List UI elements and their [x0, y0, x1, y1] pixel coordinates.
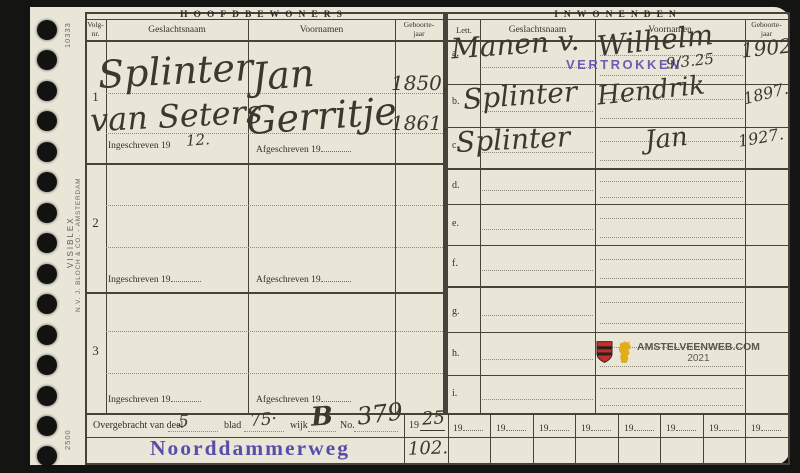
transfer-label-wijk: wijk [290, 420, 308, 431]
right-row-line [448, 332, 788, 333]
row-number: 2 [85, 216, 106, 230]
year-cell: 19 [709, 420, 739, 434]
hw-wijk: B [310, 403, 334, 430]
ingeschreven-label: Ingeschreven 19 [108, 391, 201, 405]
writing-line [482, 359, 593, 360]
form-number-bottom: 2500 [63, 429, 72, 450]
dotted-fill [549, 420, 569, 431]
ingeschreven-text: Ingeschreven 19 [108, 275, 171, 285]
printer-brand-sub: N.V. J. BLOCH & CO. - AMSTERDAM [75, 178, 82, 312]
hw-surname-b: Splinter [462, 78, 578, 114]
year-cell: 19 [496, 420, 526, 434]
writing-line [600, 160, 743, 161]
punch-hole [37, 203, 57, 223]
writing-line [482, 270, 593, 271]
left-block-divider [85, 292, 445, 294]
right-row-line [448, 375, 788, 376]
punch-hole [37, 20, 57, 40]
table-border-right [788, 12, 790, 465]
lion-icon [615, 339, 635, 365]
year-cell-prefix: 19 [709, 424, 719, 434]
year-cell: 19 [751, 420, 781, 434]
dotted-fill [719, 420, 739, 431]
right-table-title: INWONENDEN [448, 11, 788, 19]
hw-transfer-year: 25 [421, 409, 445, 429]
year-cell-prefix: 19 [666, 424, 676, 434]
row-letter: h. [452, 348, 460, 359]
year-cell-prefix: 19 [751, 424, 761, 434]
row-letter: i. [452, 388, 457, 399]
col-line [480, 19, 481, 413]
punch-hole [37, 233, 57, 253]
pen-stroke [420, 430, 445, 431]
right-row-line-thick [448, 286, 788, 288]
bottom-cell-line [703, 413, 704, 463]
writing-line [600, 181, 743, 182]
writing-line [106, 205, 443, 206]
table-border-left [85, 12, 87, 465]
writing-line [600, 405, 743, 406]
ingeschreven-text: Ingeschreven 19 [108, 395, 171, 405]
dotted-fill [506, 420, 526, 431]
bottom-cell-line [660, 413, 661, 463]
transfer-label-blad: blad [224, 420, 241, 431]
year-cell: 19 [453, 420, 483, 434]
ingeschreven-label: Ingeschreven 19 [108, 141, 171, 151]
transfer-label-deel: Overgebracht van deel [93, 420, 183, 431]
year-cell-prefix: 19 [624, 424, 634, 434]
punch-hole [37, 264, 57, 284]
punch-hole [37, 355, 57, 375]
row-letter: e. [452, 218, 459, 229]
writing-line [600, 118, 743, 119]
left-table-title: HOOFDBEWONERS [85, 11, 443, 19]
watermark: AMSTELVEENWEB.COM 2021 [596, 339, 760, 365]
dotted-fill [463, 420, 483, 431]
year-cell-prefix: 19 [496, 424, 506, 434]
bottom-cell-line [404, 413, 405, 463]
dotted-fill [321, 141, 351, 152]
writing-line [482, 399, 593, 400]
shield-icon [596, 340, 613, 364]
ingeschreven-text: Ingeschreven 19 [108, 141, 171, 151]
writing-line [600, 197, 743, 198]
writing-line [600, 218, 743, 219]
punch-hole [37, 142, 57, 162]
dotted-fill [761, 420, 781, 431]
register-card-scan: 10333 2500 VISIBLEX N.V. J. BLOCH & CO. … [0, 0, 800, 473]
writing-line [482, 229, 593, 230]
col-header-geboortejaar-left: Geboorte- jaar [395, 21, 443, 39]
hw-firstname-1: Jan [251, 54, 316, 96]
year-cell: 19 [666, 420, 696, 434]
punch-hole [37, 416, 57, 436]
year-cell: 19 [624, 420, 654, 434]
dotted-fill [591, 420, 611, 431]
writing-line [600, 259, 743, 260]
fill-line [354, 431, 398, 432]
hw-firstname-c: Jan [644, 124, 689, 154]
dotted-fill [321, 391, 351, 402]
col-header-geboortejaar-line2: jaar [413, 30, 424, 39]
address-stamp: Noorddammerweg [150, 437, 350, 461]
row-number: 3 [85, 344, 106, 358]
year-cell-prefix: 19 [539, 424, 549, 434]
writing-line [482, 190, 593, 191]
punch-hole [37, 111, 57, 131]
afgeschreven-label: Afgeschreven 19 [256, 391, 351, 405]
transfer-label-no: No. [340, 420, 355, 431]
bottom-cell-line [575, 413, 576, 463]
hw-blad: 75· [249, 411, 277, 430]
right-row-line-thick [448, 168, 788, 170]
transfer-year-printed: 19 [409, 420, 419, 431]
hw-deel: 5 [178, 414, 189, 431]
writing-line [106, 373, 443, 374]
year-cell: 19 [581, 420, 611, 434]
afgeschreven-label: Afgeschreven 19 [256, 141, 351, 155]
right-row-line [448, 204, 788, 205]
year-cell-prefix: 19 [581, 424, 591, 434]
writing-line [600, 302, 743, 303]
table-border-bottom [85, 463, 790, 465]
bottom-cell-line [618, 413, 619, 463]
punch-hole [37, 172, 57, 192]
col-header-volgnr-line2: nr. [92, 30, 100, 39]
dotted-fill [171, 391, 201, 402]
year-cell-prefix: 19 [453, 424, 463, 434]
punch-hole [37, 325, 57, 345]
punch-hole [37, 294, 57, 314]
col-header-geslachtsnaam-left: Geslachtsnaam [106, 21, 248, 39]
watermark-site: AMSTELVEENWEB.COM [637, 341, 760, 353]
hw-year-a: 1902 [740, 35, 793, 60]
bottom-cell-line [490, 413, 491, 463]
bottom-cell-line [533, 413, 534, 463]
fill-line [168, 431, 218, 432]
punch-hole [37, 50, 57, 70]
row-letter: b. [452, 96, 460, 107]
col-line [745, 19, 746, 463]
punch-hole [37, 81, 57, 101]
writing-line [106, 331, 443, 332]
punch-hole [37, 386, 57, 406]
row-letter: g. [452, 306, 460, 317]
punch-hole [37, 446, 57, 466]
hw-surname-1: Splinter [97, 48, 254, 94]
dotted-fill [171, 271, 201, 282]
afgeschreven-text: Afgeschreven 19 [256, 275, 321, 285]
hw-year-1: 1850. [391, 73, 448, 93]
ingeschreven-label: Ingeschreven 19 [108, 271, 201, 285]
printer-brand: VISIBLEX [66, 216, 75, 268]
row-letter: d. [452, 180, 460, 191]
hw-ingeschreven-year: 12. [186, 132, 211, 149]
hw-surname-c: Splinter [455, 123, 571, 157]
year-cell: 19 [539, 420, 569, 434]
writing-line [600, 323, 743, 324]
dotted-fill [676, 420, 696, 431]
vertrokken-stamp: VERTROKKEN [566, 57, 682, 72]
hw-firstname-2: Gerritje [245, 92, 398, 140]
writing-line [106, 247, 443, 248]
hw-house-number: 102. [408, 439, 449, 458]
writing-line [600, 366, 743, 367]
form-number-top: 10333 [63, 22, 72, 48]
writing-line [600, 278, 743, 279]
row-letter: f. [452, 258, 458, 269]
afgeschreven-label: Afgeschreven 19 [256, 271, 351, 285]
col-header-volgnr: Volg- nr. [85, 21, 106, 39]
watermark-year: 2021 [687, 353, 709, 364]
hw-no: 379 [356, 399, 404, 428]
writing-line [482, 315, 593, 316]
right-row-line [448, 245, 788, 246]
afgeschreven-text: Afgeschreven 19 [256, 145, 321, 155]
left-block-divider [85, 163, 445, 165]
hw-year-2: 1861. [391, 113, 448, 133]
dotted-fill [321, 271, 351, 282]
writing-line [600, 388, 743, 389]
col-header-voornamen-left: Voornamen [248, 21, 395, 39]
dotted-fill [634, 420, 654, 431]
writing-line [600, 237, 743, 238]
hw-surname-2: van Seters [89, 96, 263, 137]
